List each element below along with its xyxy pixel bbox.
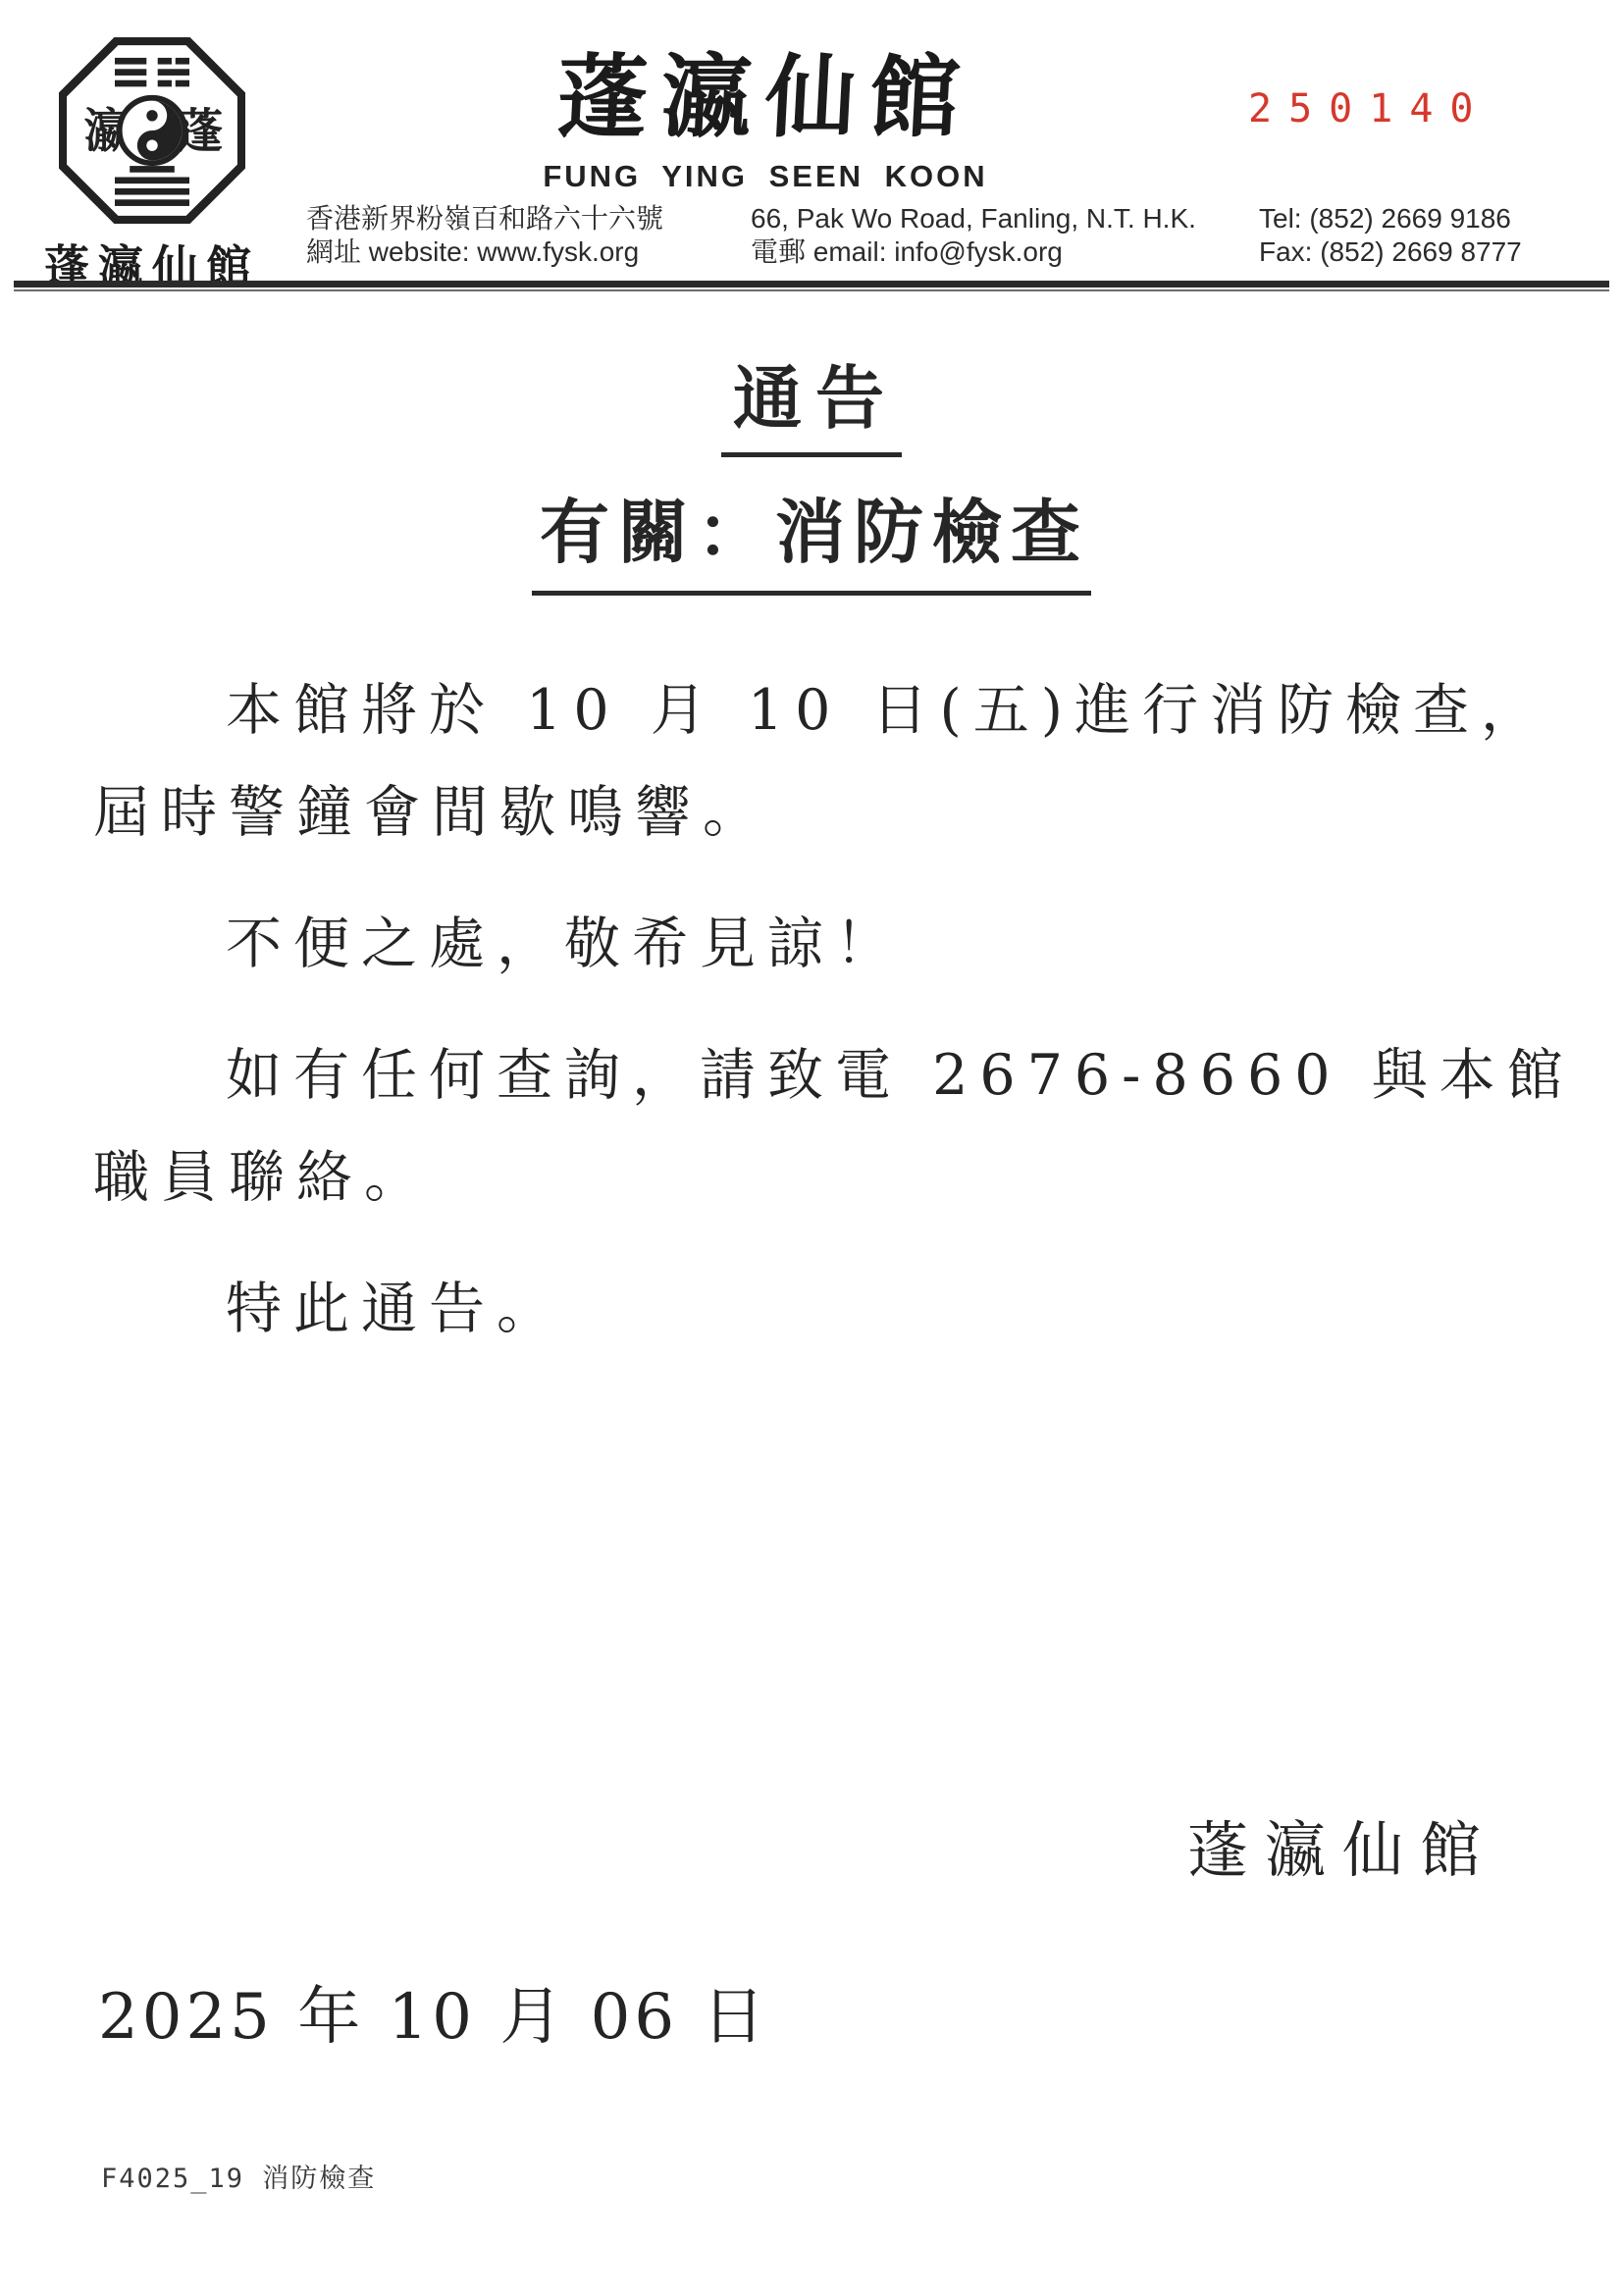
address-cn-column: 香港新界粉嶺百和路六十六號 網址 website: www.fysk.org — [306, 202, 663, 269]
address-cn: 香港新界粉嶺百和路六十六號 — [306, 202, 663, 235]
temple-logo-block: 瀛 蓬 蓬瀛仙館 — [39, 37, 265, 296]
stamp-number: 250140 — [1248, 86, 1491, 131]
brand-calligraphy: 蓬瀛仙館 — [488, 39, 1043, 155]
notice-title: 通告 — [0, 343, 1623, 457]
address-en-column: 66, Pak Wo Road, Fanling, N.T. H.K. 電郵 e… — [751, 202, 1196, 269]
header-divider-thin — [14, 289, 1609, 291]
notice-line: 不便之處，敬希見諒！ — [93, 893, 1491, 995]
address-en: 66, Pak Wo Road, Fanling, N.T. H.K. — [751, 202, 1196, 235]
notice-line: 特此通告。 — [93, 1258, 1491, 1360]
signature: 蓬瀛仙館 — [1187, 1801, 1497, 1889]
notice-paragraph: 特此通告。 — [93, 1258, 1491, 1360]
notice-line: 屆時警鐘會間歇鳴響。 — [93, 761, 1491, 863]
notice-line: 本館將於 10 月 10 日(五)進行消防檢查， — [93, 659, 1491, 761]
notice-subject: 有關：消防檢查 — [0, 477, 1623, 596]
header-divider-thick — [14, 281, 1609, 287]
notice-paragraph: 如有任何查詢，請致電 2676-8660 與本館職員聯絡。 — [93, 1024, 1491, 1228]
phone-column: Tel: (852) 2669 9186 Fax: (852) 2669 877… — [1259, 202, 1522, 269]
notice-line: 如有任何查詢，請致電 2676-8660 與本館 — [93, 1024, 1491, 1126]
bagua-yinyang-icon: 瀛 蓬 — [59, 37, 245, 224]
notice-document: 瀛 蓬 蓬瀛仙館 蓬瀛仙館 FUNG YING SEEN KOON 250140… — [0, 0, 1623, 2296]
email-line: 電郵 email: info@fysk.org — [751, 235, 1196, 269]
header-divider — [14, 281, 1609, 291]
notice-date: 2025 年 10 月 06 日 — [98, 1966, 768, 2057]
notice-line: 職員聯絡。 — [93, 1126, 1491, 1228]
website-line: 網址 website: www.fysk.org — [306, 235, 663, 269]
notice-body: 本館將於 10 月 10 日(五)進行消防檢查，屆時警鐘會間歇鳴響。不便之處，敬… — [93, 659, 1491, 1389]
tel-line: Tel: (852) 2669 9186 — [1259, 202, 1522, 235]
notice-paragraph: 不便之處，敬希見諒！ — [93, 893, 1491, 995]
brand-english: FUNG YING SEEN KOON — [491, 159, 1040, 194]
notice-paragraph: 本館將於 10 月 10 日(五)進行消防檢查，屆時警鐘會間歇鳴響。 — [93, 659, 1491, 863]
brand-block: 蓬瀛仙館 FUNG YING SEEN KOON — [491, 39, 1040, 194]
fax-line: Fax: (852) 2669 8777 — [1259, 235, 1522, 269]
doc-reference: F4025_19 消防檢查 — [101, 2157, 376, 2195]
